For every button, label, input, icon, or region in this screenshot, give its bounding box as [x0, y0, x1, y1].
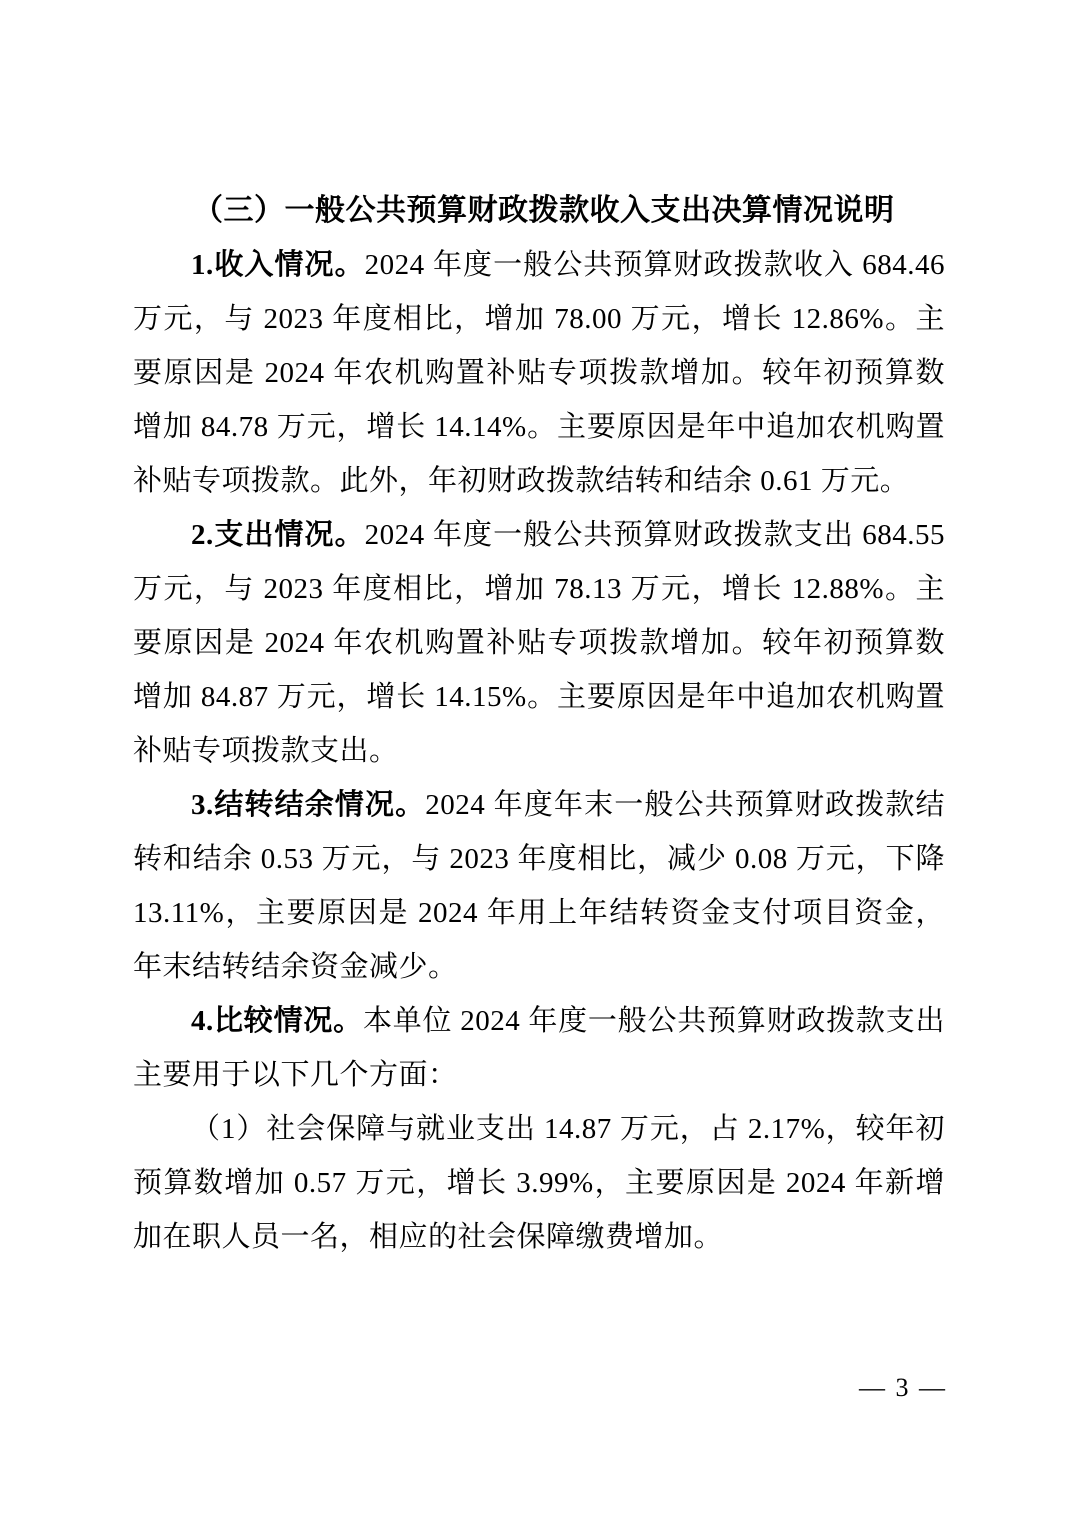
paragraph-social-security-body: （1）社会保障与就业支出 14.87 万元，占 2.17%，较年初预算数增加 0… — [133, 1113, 945, 1253]
paragraph-comparison: 4.比较情况。本单位 2024 年度一般公共预算财政拨款支出主要用于以下几个方面… — [133, 994, 945, 1102]
paragraph-income: 1.收入情况。2024 年度一般公共预算财政拨款收入 684.46 万元，与 2… — [133, 238, 945, 508]
paragraph-carryover-lead: 3.结转结余情况。 — [191, 789, 425, 821]
section-heading: （三）一般公共预算财政拨款收入支出决算情况说明 — [133, 184, 945, 238]
paragraph-income-lead: 1.收入情况。 — [191, 249, 365, 281]
paragraph-income-body: 2024 年度一般公共预算财政拨款收入 684.46 万元，与 2023 年度相… — [133, 249, 945, 497]
page-number: — 3 — — [859, 1368, 947, 1408]
paragraph-expenditure-body: 2024 年度一般公共预算财政拨款支出 684.55 万元，与 2023 年度相… — [133, 519, 945, 767]
paragraph-social-security: （1）社会保障与就业支出 14.87 万元，占 2.17%，较年初预算数增加 0… — [133, 1102, 945, 1264]
paragraph-comparison-lead: 4.比较情况。 — [191, 1005, 363, 1037]
document-content: （三）一般公共预算财政拨款收入支出决算情况说明 1.收入情况。2024 年度一般… — [133, 184, 945, 1264]
paragraph-carryover: 3.结转结余情况。2024 年度年末一般公共预算财政拨款结转和结余 0.53 万… — [133, 778, 945, 994]
paragraph-expenditure-lead: 2.支出情况。 — [191, 519, 365, 551]
paragraph-expenditure: 2.支出情况。2024 年度一般公共预算财政拨款支出 684.55 万元，与 2… — [133, 508, 945, 778]
document-page: （三）一般公共预算财政拨款收入支出决算情况说明 1.收入情况。2024 年度一般… — [0, 0, 1075, 1520]
